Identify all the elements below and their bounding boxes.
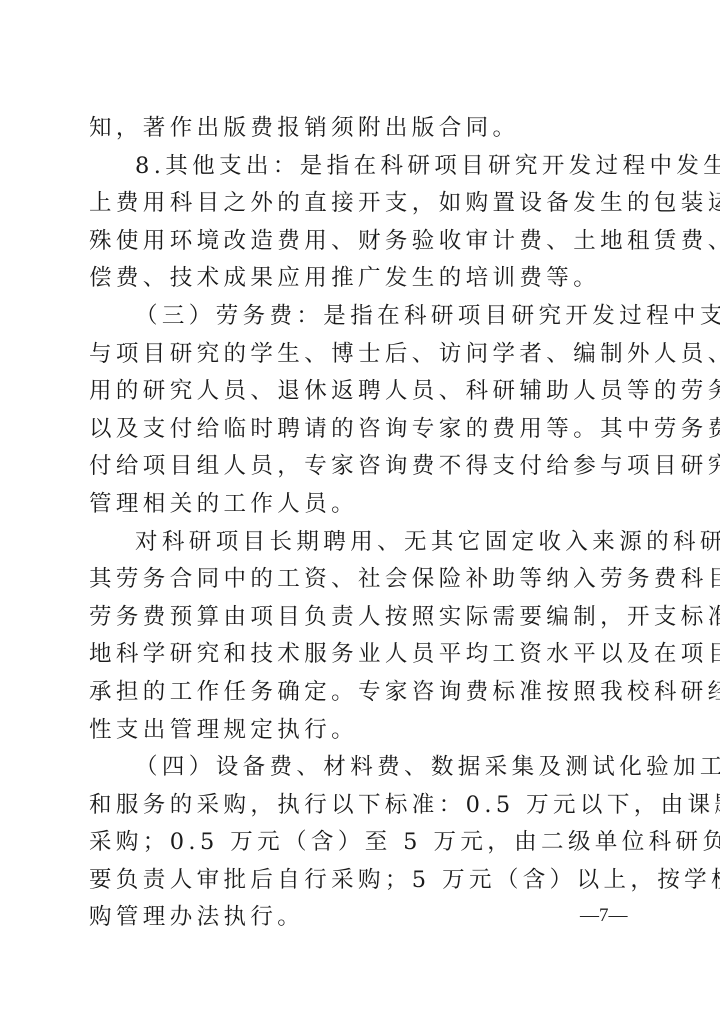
text-line: 知，著作出版费报销须附出版合同。: [89, 110, 637, 148]
paragraph-procurement: （四）设备费、材料费、数据采集及测试化验加工等货物 和服务的采购，执行以下标准：…: [89, 749, 637, 937]
text-line: 对科研项目长期聘用、无其它固定收入来源的科研人员，: [89, 524, 637, 562]
text-line: 上费用科目之外的直接开支，如购置设备发生的包装运输和特: [89, 185, 637, 223]
text-line: 与项目研究的学生、博士后、访问学者、编制外人员、项目聘: [89, 336, 637, 374]
text-line: （四）设备费、材料费、数据采集及测试化验加工等货物: [89, 749, 637, 787]
text-line: 采购；0.5 万元（含）至 5 万元，由二级单位科研负责人和主: [89, 824, 637, 862]
text-line: 管理相关的工作人员。: [89, 486, 637, 524]
paragraph-long-term-staff: 对科研项目长期聘用、无其它固定收入来源的科研人员， 其劳务合同中的工资、社会保险…: [89, 524, 637, 750]
paragraph-labor-fees: （三）劳务费：是指在科研项目研究开发过程中支付给参 与项目研究的学生、博士后、访…: [89, 298, 637, 524]
text-line: 要负责人审批后自行采购；5 万元（含）以上，按学校招标采: [89, 862, 637, 900]
text-line: 和服务的采购，执行以下标准：0.5 万元以下，由课题组自行: [89, 787, 637, 825]
text-line: （三）劳务费：是指在科研项目研究开发过程中支付给参: [89, 298, 637, 336]
text-line: 地科学研究和技术服务业人员平均工资水平以及在项目研究中: [89, 636, 637, 674]
text-line: 殊使用环境改造费用、财务验收审计费、土地租赁费、青苗补: [89, 223, 637, 261]
text-line: 用的研究人员、退休返聘人员、科研辅助人员等的劳务报酬，: [89, 373, 637, 411]
document-page: 知，著作出版费报销须附出版合同。 8.其他支出：是指在科研项目研究开发过程中发生…: [89, 110, 637, 937]
text-line: 劳务费预算由项目负责人按照实际需要编制，开支标准参照当: [89, 599, 637, 637]
paragraph-other-expenses: 8.其他支出：是指在科研项目研究开发过程中发生的，以 上费用科目之外的直接开支，…: [89, 148, 637, 298]
paragraph-continuation: 知，著作出版费报销须附出版合同。: [89, 110, 637, 148]
text-line: 8.其他支出：是指在科研项目研究开发过程中发生的，以: [89, 148, 637, 186]
text-line: 承担的工作任务确定。专家咨询费标准按照我校科研经费劳务: [89, 674, 637, 712]
text-line: 以及支付给临时聘请的咨询专家的费用等。其中劳务费不得支: [89, 411, 637, 449]
text-line: 偿费、技术成果应用推广发生的培训费等。: [89, 260, 637, 298]
text-line: 付给项目组人员，专家咨询费不得支付给参与项目研究和课题: [89, 448, 637, 486]
text-line: 性支出管理规定执行。: [89, 712, 637, 750]
page-number: —7—: [580, 905, 628, 927]
text-line: 其劳务合同中的工资、社会保险补助等纳入劳务费科目列支。: [89, 561, 637, 599]
text-line: 购管理办法执行。: [89, 899, 637, 937]
